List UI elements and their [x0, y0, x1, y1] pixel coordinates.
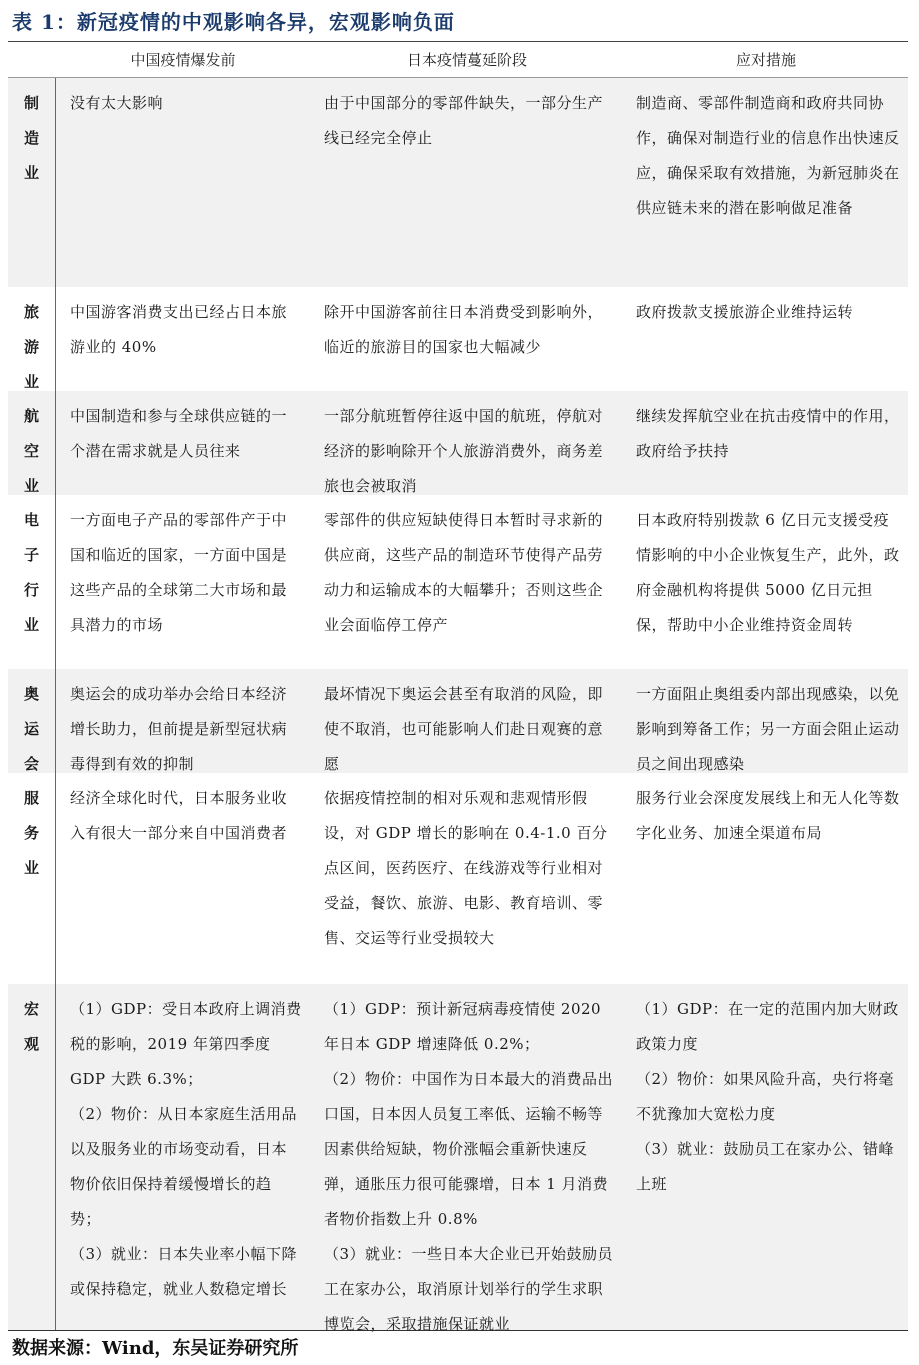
cell-paragraph: 中国制造和参与全球供应链的一个潜在需求就是人员往来	[70, 399, 302, 469]
row-label-char: 业	[8, 608, 55, 643]
cell-paragraph: 一方面电子产品的零部件产于中国和临近的国家，一方面中国是这些产品的全球第二大市场…	[70, 503, 302, 643]
row-label-char: 造	[8, 121, 55, 156]
cell-paragraph: 继续发挥航空业在抗击疫情中的作用，政府给予扶持	[636, 399, 902, 469]
table-row: 宏观（1）GDP：受日本政府上调消费税的影响，2019 年第四季度 GDP 大跌…	[8, 984, 908, 1330]
table-row: 奥运会奥运会的成功举办会给日本经济增长助力，但前提是新型冠状病毒得到有效的抑制最…	[8, 669, 908, 773]
row-label-char: 游	[8, 330, 55, 365]
data-source-note: 数据来源：Wind，东吴证券研究所	[12, 1334, 298, 1360]
row-label-char: 电	[8, 503, 55, 538]
row-label-char: 业	[8, 851, 55, 886]
row-label: 航空业	[8, 391, 56, 495]
table-cell-col1: 经济全球化时代，日本服务业收入有很大一部分来自中国消费者	[56, 773, 310, 984]
table-cell-col3: 一方面阻止奥组委内部出现感染，以免影响到筹备工作；另一方面会阻止运动员之间出现感…	[624, 669, 908, 773]
cell-paragraph: （1）GDP：预计新冠病毒疫情使 2020 年日本 GDP 增速降低 0.2%；	[324, 992, 614, 1062]
row-label-char: 观	[8, 1027, 55, 1062]
cell-paragraph: 除开中国游客前往日本消费受到影响外，临近的旅游目的国家也大幅减少	[324, 295, 614, 365]
table-cell-col2: 依据疫情控制的相对乐观和悲观情形假设，对 GDP 增长的影响在 0.4-1.0 …	[310, 773, 624, 984]
row-label-char: 子	[8, 538, 55, 573]
cell-paragraph: （1）GDP：在一定的范围内加大财政政策力度	[636, 992, 902, 1062]
table-cell-col3: 日本政府特别拨款 6 亿日元支援受疫情影响的中小企业恢复生产，此外，政府金融机构…	[624, 495, 908, 669]
table-cell-col1: 没有太大影响	[56, 78, 310, 287]
cell-paragraph: 经济全球化时代，日本服务业收入有很大一部分来自中国消费者	[70, 781, 302, 851]
cell-paragraph: （1）GDP：受日本政府上调消费税的影响，2019 年第四季度 GDP 大跌 6…	[70, 992, 302, 1097]
cell-paragraph: 中国游客消费支出已经占日本旅游业的 40%	[70, 295, 302, 365]
cell-paragraph: （3）就业：鼓励员工在家办公、错峰上班	[636, 1132, 902, 1202]
cell-paragraph: （3）就业：日本失业率小幅下降或保持稳定，就业人数稳定增长	[70, 1237, 302, 1307]
row-label: 旅游业	[8, 287, 56, 391]
table-row: 航空业中国制造和参与全球供应链的一个潜在需求就是人员往来一部分航班暂停往返中国的…	[8, 391, 908, 495]
row-label-char: 空	[8, 434, 55, 469]
table-cell-col3: 制造商、零部件制造商和政府共同协作，确保对制造行业的信息作出快速反应，确保采取有…	[624, 78, 908, 287]
table-cell-col3: （1）GDP：在一定的范围内加大财政政策力度（2）物价：如果风险升高，央行将毫不…	[624, 984, 908, 1330]
row-label-char: 服	[8, 781, 55, 816]
cell-paragraph: 由于中国部分的零部件缺失，一部分生产线已经完全停止	[324, 86, 614, 156]
row-label-char: 制	[8, 86, 55, 121]
cell-paragraph: 零部件的供应短缺使得日本暂时寻求新的供应商，这些产品的制造环节使得产品劳动力和运…	[324, 503, 614, 643]
cell-paragraph: 奥运会的成功举办会给日本经济增长助力，但前提是新型冠状病毒得到有效的抑制	[70, 677, 302, 782]
row-label-char: 旅	[8, 295, 55, 330]
cell-paragraph: 一部分航班暂停往返中国的航班，停航对经济的影响除开个人旅游消费外，商务差旅也会被…	[324, 399, 614, 504]
table-row: 旅游业中国游客消费支出已经占日本旅游业的 40%除开中国游客前往日本消费受到影响…	[8, 287, 908, 391]
cell-paragraph: （2）物价：从日本家庭生活用品以及服务业的市场变动看，日本物价依旧保持着缓慢增长…	[70, 1097, 302, 1237]
row-label-char: 运	[8, 712, 55, 747]
table-cell-col2: 一部分航班暂停往返中国的航班，停航对经济的影响除开个人旅游消费外，商务差旅也会被…	[310, 391, 624, 495]
row-label: 宏观	[8, 984, 56, 1330]
table-header: 中国疫情爆发前 日本疫情蔓延阶段 应对措施	[8, 42, 908, 78]
table-title: 表 1：新冠疫情的中观影响各异，宏观影响负面	[12, 6, 455, 35]
row-label-char: 务	[8, 816, 55, 851]
row-label: 奥运会	[8, 669, 56, 773]
table-cell-col2: 由于中国部分的零部件缺失，一部分生产线已经完全停止	[310, 78, 624, 287]
table-cell-col2: （1）GDP：预计新冠病毒疫情使 2020 年日本 GDP 增速降低 0.2%；…	[310, 984, 624, 1330]
table-cell-col1: 奥运会的成功举办会给日本经济增长助力，但前提是新型冠状病毒得到有效的抑制	[56, 669, 310, 773]
cell-paragraph: 制造商、零部件制造商和政府共同协作，确保对制造行业的信息作出快速反应，确保采取有…	[636, 86, 902, 226]
table-row: 制造业没有太大影响由于中国部分的零部件缺失，一部分生产线已经完全停止制造商、零部…	[8, 78, 908, 287]
table-cell-col3: 服务行业会深度发展线上和无人化等数字化业务、加速全渠道布局	[624, 773, 908, 984]
table-cell-col2: 除开中国游客前往日本消费受到影响外，临近的旅游目的国家也大幅减少	[310, 287, 624, 391]
header-japan-spread-stage: 日本疫情蔓延阶段	[310, 49, 624, 70]
table-body: 制造业没有太大影响由于中国部分的零部件缺失，一部分生产线已经完全停止制造商、零部…	[8, 78, 908, 1330]
cell-paragraph: 政府拨款支援旅游企业维持运转	[636, 295, 902, 330]
cell-paragraph: （2）物价：中国作为日本最大的消费品出口国，日本因人员复工率低、运输不畅等因素供…	[324, 1062, 614, 1237]
header-before-china-outbreak: 中国疫情爆发前	[56, 49, 310, 70]
cell-paragraph: 最坏情况下奥运会甚至有取消的风险，即使不取消，也可能影响人们赴日观赛的意愿	[324, 677, 614, 782]
cell-paragraph: （2）物价：如果风险升高，央行将毫不犹豫加大宽松力度	[636, 1062, 902, 1132]
table-cell-col2: 零部件的供应短缺使得日本暂时寻求新的供应商，这些产品的制造环节使得产品劳动力和运…	[310, 495, 624, 669]
cell-paragraph: 一方面阻止奥组委内部出现感染，以免影响到筹备工作；另一方面会阻止运动员之间出现感…	[636, 677, 902, 782]
header-countermeasures: 应对措施	[624, 49, 908, 70]
row-label-char: 行	[8, 573, 55, 608]
table-cell-col2: 最坏情况下奥运会甚至有取消的风险，即使不取消，也可能影响人们赴日观赛的意愿	[310, 669, 624, 773]
cell-paragraph: 没有太大影响	[70, 86, 302, 121]
table-cell-col1: （1）GDP：受日本政府上调消费税的影响，2019 年第四季度 GDP 大跌 6…	[56, 984, 310, 1330]
cell-paragraph: （3）就业：一些日本大企业已开始鼓励员工在家办公，取消原计划举行的学生求职博览会…	[324, 1237, 614, 1342]
row-label-char: 宏	[8, 992, 55, 1027]
row-label-char: 航	[8, 399, 55, 434]
row-label: 电子行业	[8, 495, 56, 669]
table-cell-col3: 继续发挥航空业在抗击疫情中的作用，政府给予扶持	[624, 391, 908, 495]
cell-paragraph: 服务行业会深度发展线上和无人化等数字化业务、加速全渠道布局	[636, 781, 902, 851]
row-label: 制造业	[8, 78, 56, 287]
cell-paragraph: 依据疫情控制的相对乐观和悲观情形假设，对 GDP 增长的影响在 0.4-1.0 …	[324, 781, 614, 956]
row-label: 服务业	[8, 773, 56, 984]
impact-table: 中国疫情爆发前 日本疫情蔓延阶段 应对措施 制造业没有太大影响由于中国部分的零部…	[8, 41, 908, 1331]
table-cell-col1: 一方面电子产品的零部件产于中国和临近的国家，一方面中国是这些产品的全球第二大市场…	[56, 495, 310, 669]
table-cell-col1: 中国制造和参与全球供应链的一个潜在需求就是人员往来	[56, 391, 310, 495]
cell-paragraph: 日本政府特别拨款 6 亿日元支援受疫情影响的中小企业恢复生产，此外，政府金融机构…	[636, 503, 902, 643]
table-cell-col3: 政府拨款支援旅游企业维持运转	[624, 287, 908, 391]
row-label-char: 奥	[8, 677, 55, 712]
table-row: 服务业经济全球化时代，日本服务业收入有很大一部分来自中国消费者依据疫情控制的相对…	[8, 773, 908, 984]
table-row: 电子行业一方面电子产品的零部件产于中国和临近的国家，一方面中国是这些产品的全球第…	[8, 495, 908, 669]
row-label-char: 业	[8, 156, 55, 191]
table-cell-col1: 中国游客消费支出已经占日本旅游业的 40%	[56, 287, 310, 391]
